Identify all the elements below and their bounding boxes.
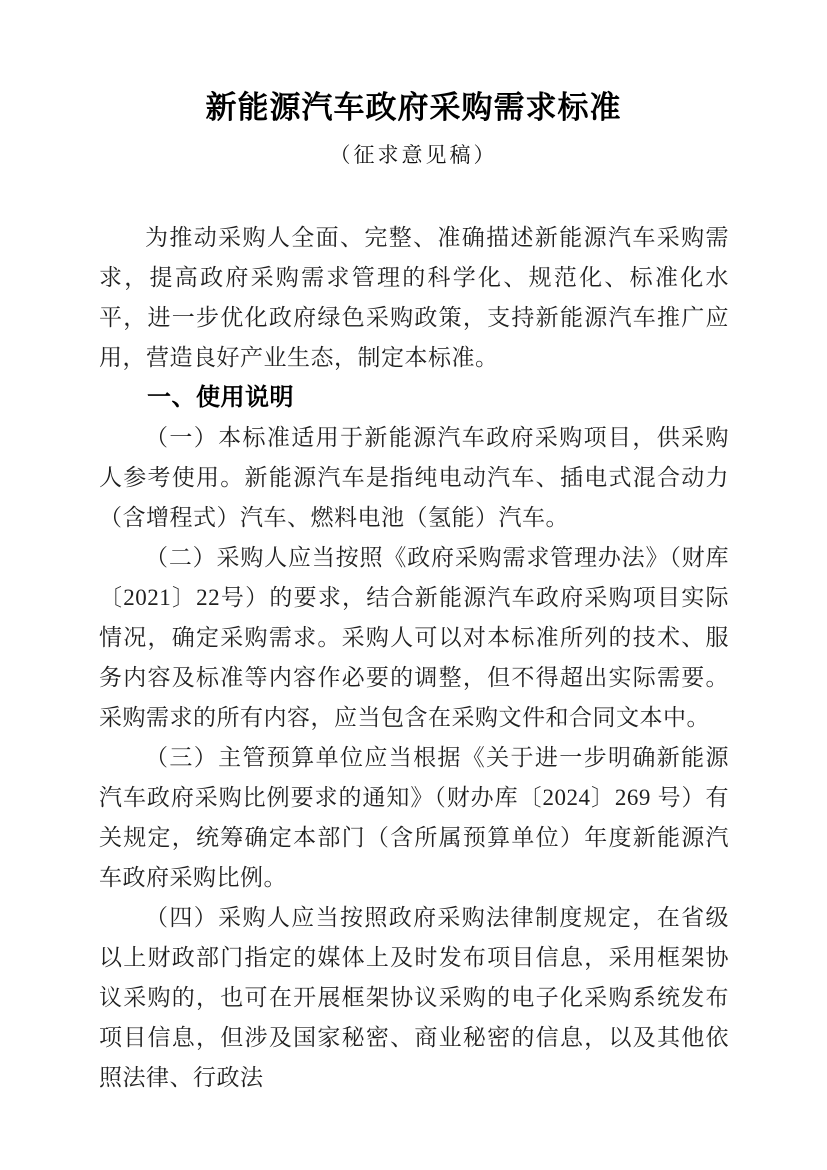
- document-subtitle: （征求意见稿）: [0, 142, 827, 168]
- item-4-paragraph: （四）采购人应当按照政府采购法律制度规定，在省级以上财政部门指定的媒体上及时发布…: [99, 898, 729, 1098]
- section-heading-usage-notes: 一、使用说明: [99, 378, 729, 418]
- document-page: 新能源汽车政府采购需求标准 （征求意见稿） 为推动采购人全面、完整、准确描述新能…: [0, 0, 827, 1170]
- document-body: 为推动采购人全面、完整、准确描述新能源汽车采购需求，提高政府采购需求管理的科学化…: [99, 218, 729, 1098]
- item-3-paragraph: （三）主管预算单位应当根据《关于进一步明确新能源汽车政府采购比例要求的通知》（财…: [99, 738, 729, 898]
- document-title: 新能源汽车政府采购需求标准: [0, 90, 827, 126]
- intro-paragraph: 为推动采购人全面、完整、准确描述新能源汽车采购需求，提高政府采购需求管理的科学化…: [99, 218, 729, 378]
- item-1-paragraph: （一）本标准适用于新能源汽车政府采购项目，供采购人参考使用。新能源汽车是指纯电动…: [99, 418, 729, 538]
- item-2-paragraph: （二）采购人应当按照《政府采购需求管理办法》（财库〔2021〕22号）的要求，结…: [99, 538, 729, 738]
